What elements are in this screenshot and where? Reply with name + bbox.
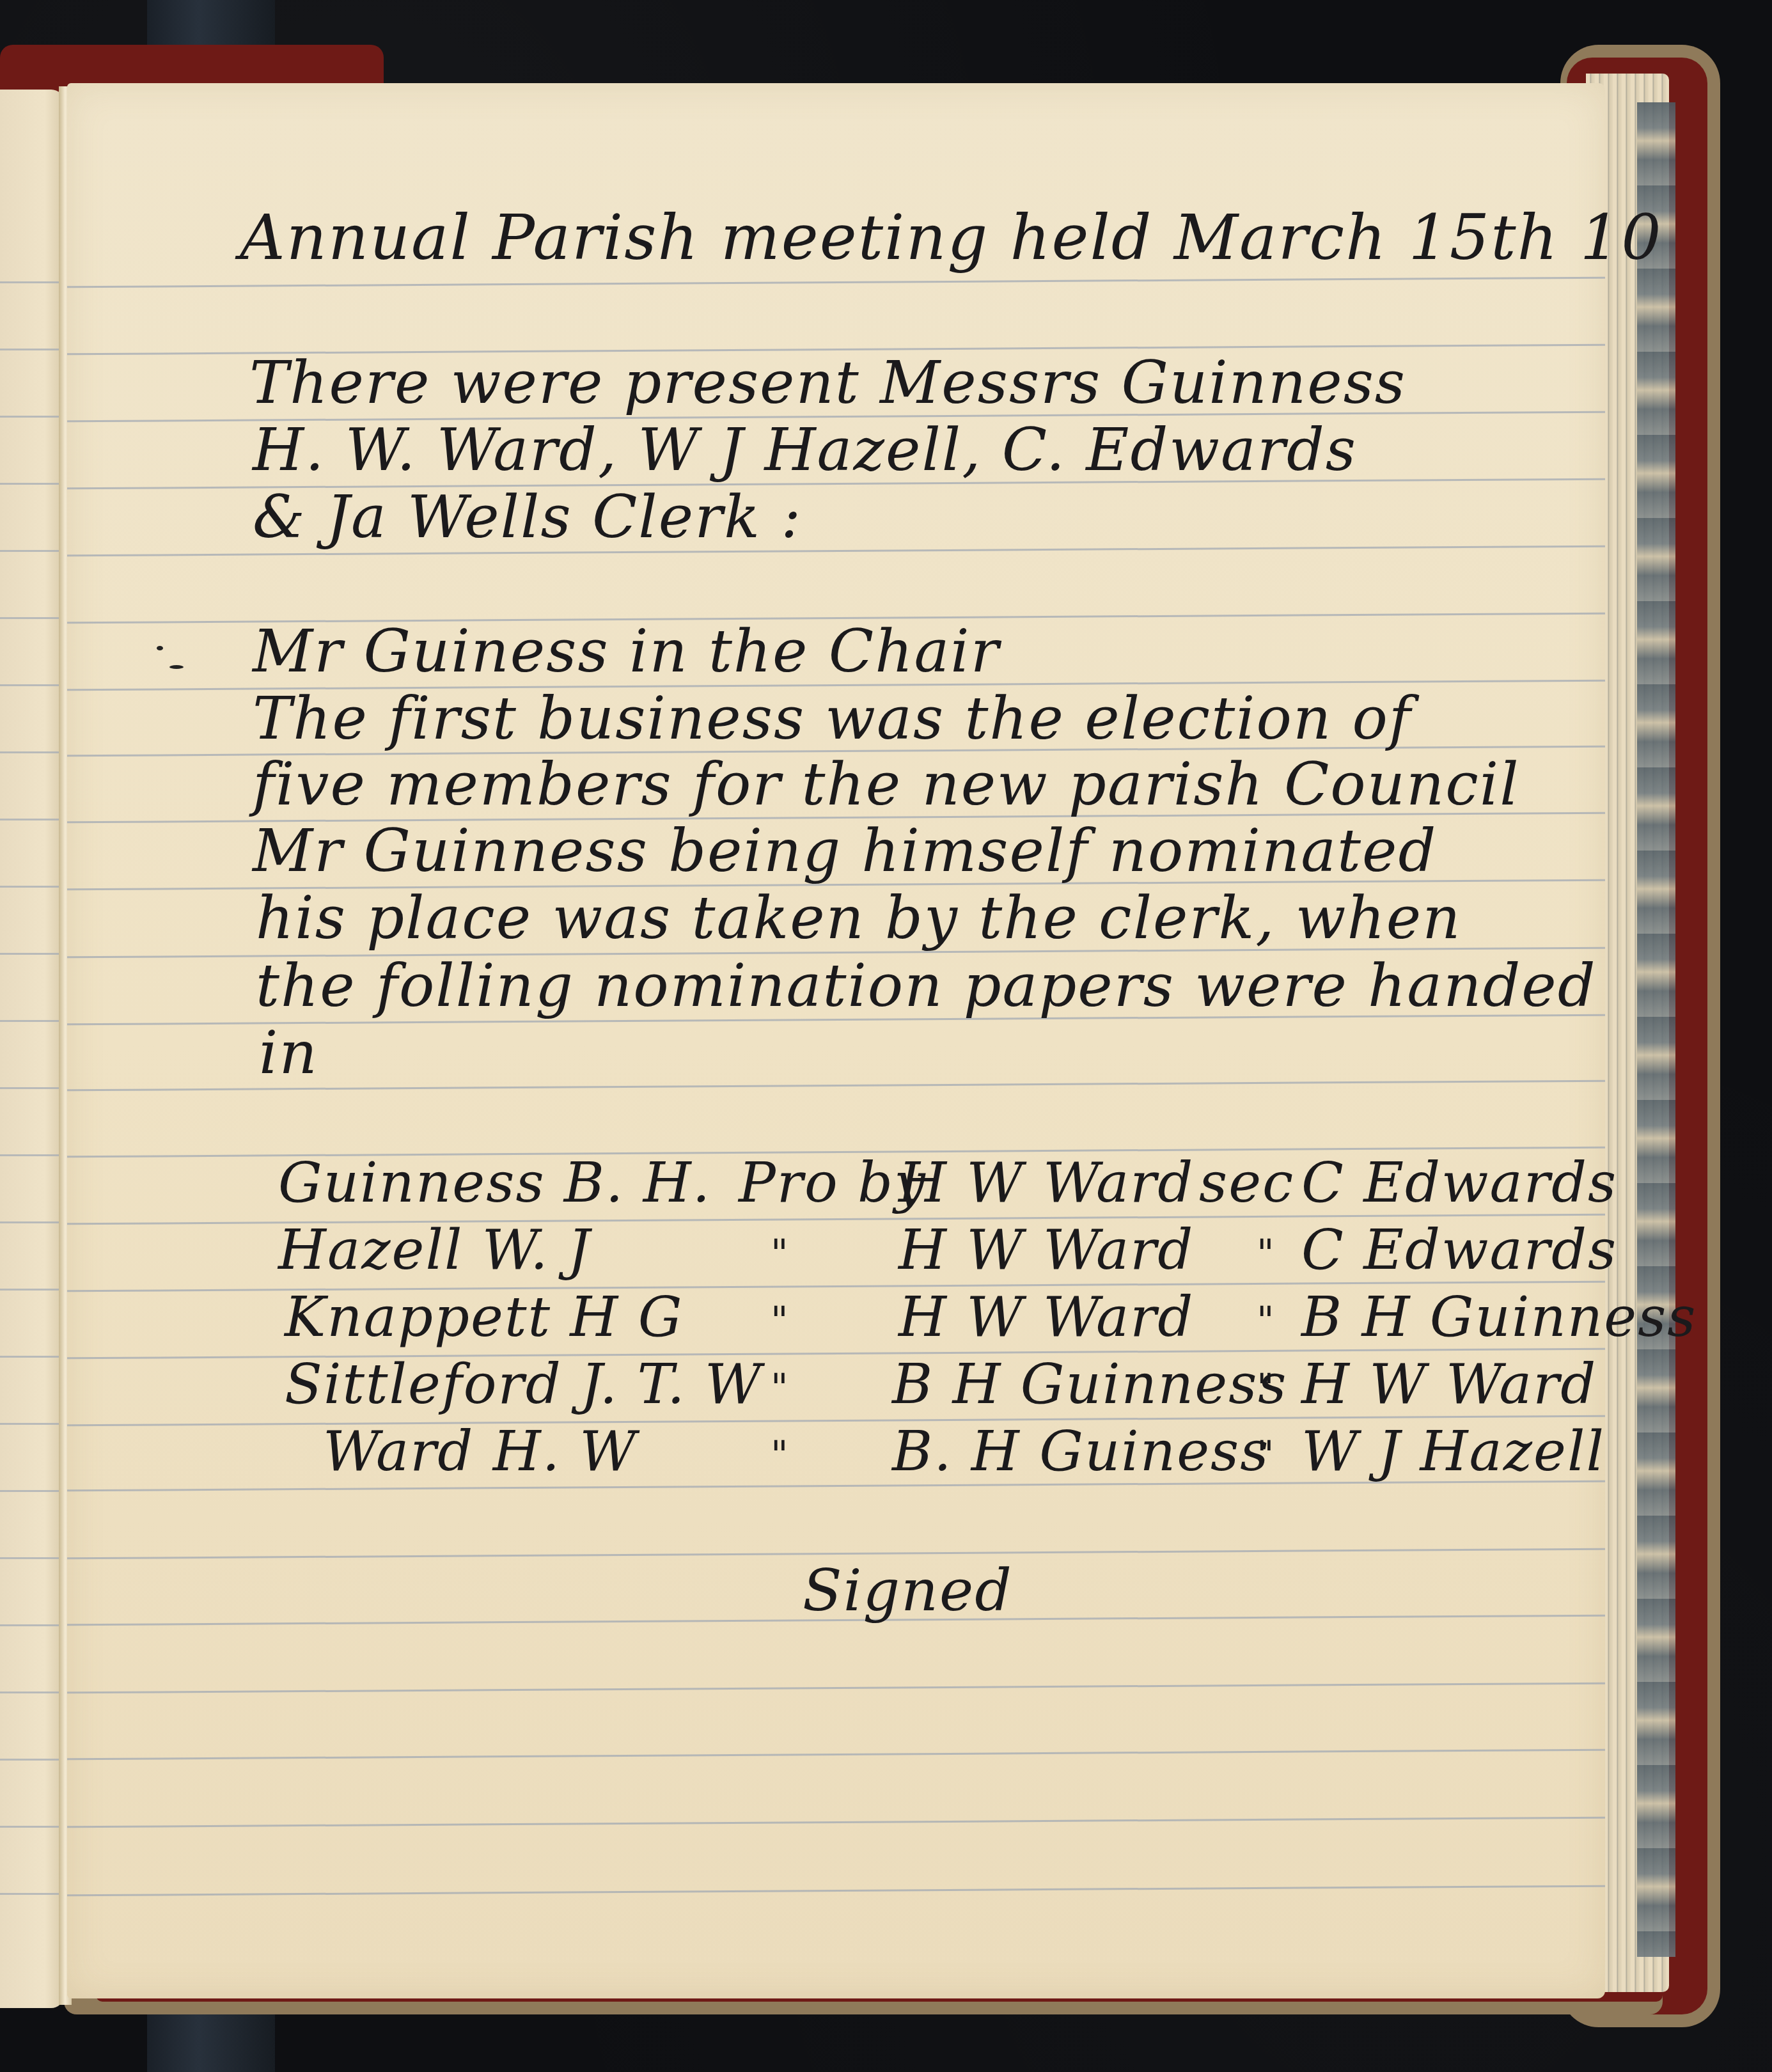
nomination-row: Knappett H G " H W Ward " B H Guinness (67, 1285, 1605, 1349)
present-line-3: & Ja Wells Clerk : (253, 483, 802, 551)
ditto-mark: " (771, 1432, 790, 1477)
seconder-name: B H Guinness (1301, 1285, 1697, 1349)
ledger-page: Annual Parish meeting held March 15th 10… (67, 83, 1605, 1998)
seconder-name: C Edwards (1301, 1218, 1617, 1282)
meeting-heading: Annual Parish meeting held March 15th 10 (240, 201, 1663, 274)
seconder-name: H W Ward (1301, 1353, 1597, 1417)
nomination-row: Sittleford J. T. W " B H Guinness " H W … (67, 1353, 1605, 1417)
present-line-2: H. W. Ward, W J Hazell, C. Edwards (253, 416, 1357, 484)
nomination-row: Hazell W. J " H W Ward " C Edwards (67, 1218, 1605, 1282)
candidate-name: Hazell W. J (278, 1218, 591, 1282)
candidate-name: Knappett H G (285, 1285, 683, 1349)
ditto-mark: " (1257, 1432, 1276, 1477)
business-line-5: the folling nomination papers were hande… (256, 952, 1597, 1020)
candidate-name: Ward H. W (323, 1420, 638, 1484)
ditto-mark: " (1257, 1298, 1276, 1343)
left-page-edge (0, 90, 64, 2008)
seconder-name: W J Hazell (1301, 1420, 1605, 1484)
business-line-2: five members for the new parish Council (253, 750, 1520, 819)
nomination-row: Ward H. W " B. H Guiness " W J Hazell (67, 1420, 1605, 1484)
candidate-name: Sittleford J. T. W (285, 1353, 762, 1417)
ink-blot (169, 665, 184, 669)
business-line-6: in (259, 1019, 318, 1087)
seconded-label: sec (1199, 1151, 1294, 1215)
proposer-name: B. H Guiness (892, 1420, 1269, 1484)
business-line-4: his place was taken by the clerk, when (256, 884, 1461, 952)
ink-blot (157, 646, 163, 650)
ditto-mark: " (771, 1365, 790, 1410)
ditto-mark: " (771, 1231, 790, 1276)
proposer-name: H W Ward (898, 1151, 1194, 1215)
signed-label: Signed (803, 1557, 1013, 1624)
nomination-row: Guinness B. H. Pro by H W Ward sec C Edw… (67, 1151, 1605, 1215)
business-line-3: Mr Guinness being himself nominated (253, 817, 1437, 885)
proposer-name: H W Ward (898, 1218, 1194, 1282)
proposer-name: B H Guinness (892, 1353, 1287, 1417)
proposer-name: H W Ward (898, 1285, 1194, 1349)
candidate-name: Guinness B. H. (278, 1151, 711, 1215)
business-line-1: The first business was the election of (253, 684, 1412, 753)
seconder-name: C Edwards (1301, 1151, 1617, 1215)
ditto-mark: " (1257, 1365, 1276, 1410)
chair-line: Mr Guiness in the Chair (253, 617, 1000, 686)
ditto-mark: " (771, 1298, 790, 1343)
present-line-1: There were present Messrs Guinness (249, 349, 1406, 417)
ditto-mark: " (1257, 1231, 1276, 1276)
page-edges-shadow (1637, 102, 1675, 1957)
